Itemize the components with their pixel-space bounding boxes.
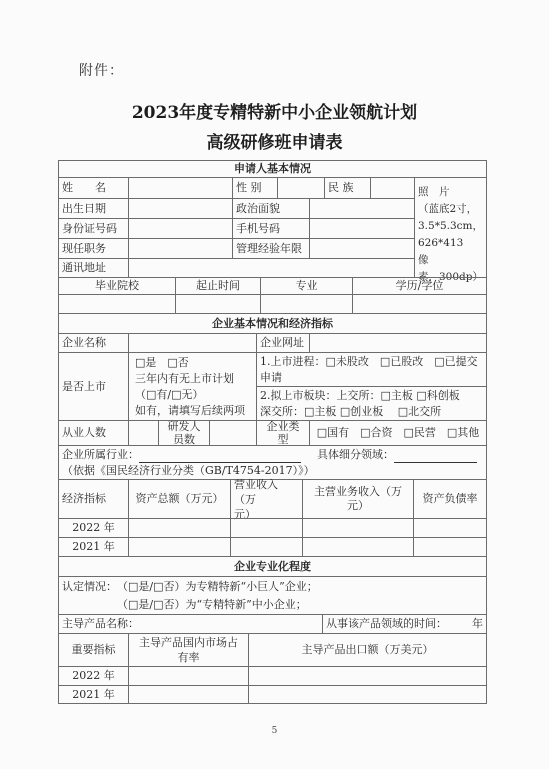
ipo-plan-question: 三年内有无上市计划 (135, 371, 234, 387)
enterprise-website-label: 企业网址 (256, 333, 310, 353)
photo-spec-line: 626*413 像 (418, 235, 483, 269)
position-label: 现任职务 (58, 238, 129, 259)
education-header-degree: 学历/学位 (352, 277, 487, 295)
ipo-plan-checkboxes[interactable]: （□有/□无） (135, 387, 204, 403)
photo-spec-line: （蓝底2寸， (418, 201, 477, 218)
industry-field[interactable] (139, 452, 301, 463)
political-status-field[interactable] (309, 198, 415, 219)
education-period-field[interactable] (175, 294, 261, 314)
economic-header-debt-ratio: 资产负债率 (413, 479, 487, 519)
education-header-school: 毕业院校 (58, 277, 176, 295)
enterprise-website-field[interactable] (309, 333, 487, 353)
birth-date-field[interactable] (128, 198, 233, 219)
education-degree-field[interactable] (352, 294, 487, 314)
product-row-year: 2022 年 (58, 666, 129, 686)
enterprise-type-label: 企业类 型 (256, 420, 310, 446)
rd-staff-label: 研发人 员数 (158, 420, 210, 446)
ipo-progress[interactable]: 1.上市进程：□未股改 □已股改 □已提交 申请 (256, 352, 487, 387)
listed-yes-no-checkboxes[interactable]: □是 □否 (135, 355, 189, 371)
product-row-year: 2021 年 (58, 685, 129, 704)
document-title-line2: 高级研修班申请表 (0, 128, 549, 153)
id-number-field[interactable] (128, 218, 233, 239)
subfield-field[interactable] (394, 452, 477, 463)
certification-label: 认定情况： (62, 578, 117, 614)
listing-board-szse-options[interactable]: 深交所：□主板 □创业板 □北交所 (260, 404, 441, 420)
management-years-field[interactable] (309, 238, 415, 259)
ipo-progress-options[interactable]: 1.上市进程：□未股改 □已股改 □已提交 (260, 354, 478, 370)
name-field[interactable] (128, 177, 233, 199)
economic-header-main-revenue: 主营业务收入（万元） (302, 479, 414, 519)
listed-label: 是否上市 (58, 352, 129, 421)
export-header: 主导产品出口额（万美元） (248, 633, 487, 667)
enterprise-type-label-line: 企业类 (267, 420, 300, 433)
industry-label: 企业所属行业： (62, 447, 139, 463)
economic-2022-main-revenue-field[interactable] (302, 518, 414, 538)
education-header-major: 专业 (260, 277, 353, 295)
product-name-label[interactable]: 主导产品名称： (58, 614, 323, 634)
birth-date-label: 出生日期 (58, 198, 129, 219)
economic-header-revenue: 营业收入（万 元） (230, 479, 303, 519)
economic-header-indicator: 经济指标 (58, 479, 129, 519)
economic-header-revenue-line: 营业收入（万 (234, 477, 299, 507)
ethnicity-field[interactable] (370, 177, 415, 199)
market-share-header: 主导产品国内市场占 有率 (128, 633, 249, 667)
gender-field[interactable] (277, 177, 325, 199)
product-years-unit: 年 (472, 617, 483, 631)
attachment-label: 附件： (79, 60, 124, 80)
market-share-header-line: 主导产品国内市场占 (139, 635, 238, 650)
position-field[interactable] (128, 238, 233, 259)
economic-2022-revenue-field[interactable] (230, 518, 303, 538)
listing-board-sse-options[interactable]: 2.拟上市板块：上交所：□主板 □科创板 (260, 388, 460, 404)
enterprise-name-field[interactable] (128, 333, 257, 353)
product-years-label: 从事该产品领域的时间： (326, 617, 447, 631)
market-share-2021-field[interactable] (128, 685, 249, 704)
phone-field[interactable] (309, 218, 415, 239)
section-specialization-title: 企业专业化程度 (58, 556, 487, 577)
management-years-label: 管理经验年限 (232, 238, 310, 259)
employees-label: 从业人数 (58, 420, 129, 446)
economic-2021-assets-field[interactable] (128, 537, 231, 557)
economic-header-assets: 资产总额（万元） (128, 479, 231, 519)
photo-label: 照 片 (418, 184, 450, 201)
photo-box[interactable]: 照 片 （蓝底2寸， 3.5*5.3cm， 626*413 像 素，300dp） (414, 177, 487, 278)
economic-2022-debt-ratio-field[interactable] (413, 518, 487, 538)
education-header-period: 起止时间 (175, 277, 261, 295)
indicator-header: 重要指标 (58, 633, 129, 667)
education-major-field[interactable] (260, 294, 353, 314)
page-number: 5 (0, 726, 549, 736)
phone-label: 手机号码 (232, 218, 310, 239)
ipo-plan-note: 如有，请填写后续两项 (135, 403, 245, 419)
certification-row: 认定情况： （□是/□否）为专精特新“小巨人”企业； （□是/□否）为“专精特新… (58, 576, 487, 615)
section-enterprise-title: 企业基本情况和经济指标 (58, 313, 487, 334)
market-share-header-line: 有率 (178, 650, 200, 665)
rd-staff-label-line: 研发人 (168, 420, 201, 433)
product-years-cell[interactable]: 从事该产品领域的时间： 年 (322, 614, 487, 634)
listed-options[interactable]: □是 □否 三年内有无上市计划 （□有/□无） 如有，请填写后续两项 (128, 352, 257, 421)
economic-2021-debt-ratio-field[interactable] (413, 537, 487, 557)
market-share-2022-field[interactable] (128, 666, 249, 686)
subfield-label: 具体细分领域： (317, 447, 394, 463)
export-2022-field[interactable] (248, 666, 487, 686)
id-number-label: 身份证号码 (58, 218, 129, 239)
gender-label: 性 别 (232, 177, 278, 199)
political-status-label: 政治面貌 (232, 198, 310, 219)
rd-staff-field[interactable] (209, 420, 257, 446)
education-school-field[interactable] (58, 294, 176, 314)
economic-2022-assets-field[interactable] (128, 518, 231, 538)
enterprise-type-options[interactable]: □国有 □合资 □民营 □其他 (309, 420, 487, 446)
ethnicity-label: 民 族 (324, 177, 371, 199)
listing-board[interactable]: 2.拟上市板块：上交所：□主板 □科创板 深交所：□主板 □创业板 □北交所 (256, 386, 487, 421)
specialized-sme-checkboxes[interactable]: （□是/□否）为“专精特新”中小企业； (117, 596, 318, 614)
photo-spec-line: 3.5*5.3cm， (418, 218, 483, 235)
employees-field[interactable] (128, 420, 159, 446)
name-label: 姓 名 (58, 177, 129, 199)
industry-row: 企业所属行业： 具体细分领域： （依据《国民经济行业分类（GB/T4754-20… (58, 445, 487, 480)
export-2021-field[interactable] (248, 685, 487, 704)
ipo-progress-options-cont: 申请 (260, 370, 282, 386)
address-field[interactable] (128, 258, 415, 278)
little-giant-checkboxes[interactable]: （□是/□否）为专精特新“小巨人”企业； (117, 578, 318, 596)
document-title-line1: 2023年度专精特新中小企业领航计划 (0, 98, 549, 123)
section-applicant-title: 申请人基本情况 (58, 160, 487, 178)
economic-2021-revenue-field[interactable] (230, 537, 303, 557)
economic-row-year: 2022 年 (58, 518, 129, 538)
enterprise-name-label: 企业名称 (58, 333, 129, 353)
economic-row-year: 2021 年 (58, 537, 129, 557)
economic-2021-main-revenue-field[interactable] (302, 537, 414, 557)
address-label: 通讯地址 (58, 258, 129, 278)
